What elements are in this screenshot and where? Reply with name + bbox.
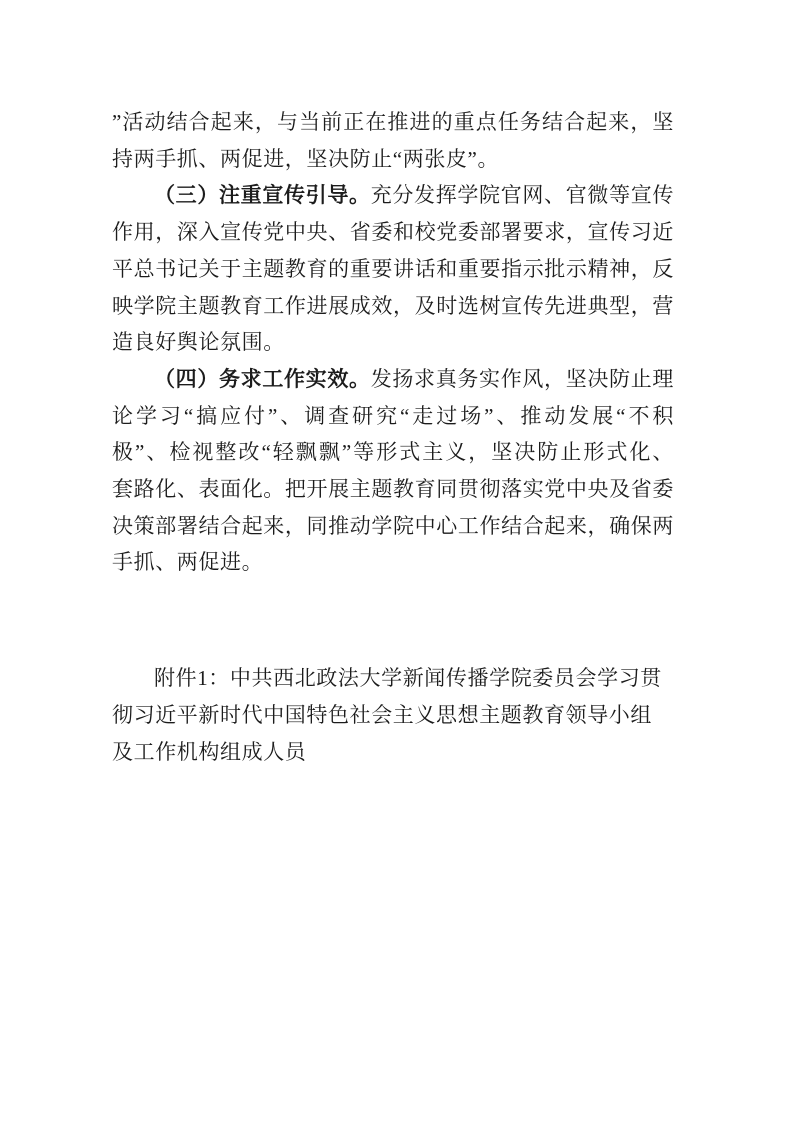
attachment-line: 彻习近平新时代中国特色社会主义思想主题教育领导小组 bbox=[112, 697, 674, 734]
text-line: （四）务求工作实效。发扬求真务实作风，坚决防止理 bbox=[112, 361, 674, 398]
section-three-heading: （三）注重宣传引导。 bbox=[154, 183, 371, 207]
text-line: 造良好舆论氛围。 bbox=[112, 324, 674, 361]
document-body: ”活动结合起来，与当前正在推进的重点任务结合起来，坚 持两手抓、两促进，坚决防止… bbox=[112, 104, 674, 770]
attachment-line: 附件1：中共西北政法大学新闻传播学院委员会学习贯 bbox=[112, 660, 674, 697]
text-line: 套路化、表面化。把开展主题教育同贯彻落实党中央及省委 bbox=[112, 471, 674, 508]
document-page: ”活动结合起来，与当前正在推进的重点任务结合起来，坚 持两手抓、两促进，坚决防止… bbox=[0, 0, 793, 1122]
section-four-heading: （四）务求工作实效。 bbox=[154, 367, 371, 391]
paragraph-continuation: ”活动结合起来，与当前正在推进的重点任务结合起来，坚 持两手抓、两促进，坚决防止… bbox=[112, 104, 674, 177]
text-line: 论学习“搞应付”、调查研究“走过场”、推动发展“不积 bbox=[112, 398, 674, 435]
text-line: ”活动结合起来，与当前正在推进的重点任务结合起来，坚 bbox=[112, 104, 674, 141]
paragraph-section-three: （三）注重宣传引导。充分发挥学院官网、官微等宣传 作用，深入宣传党中央、省委和校… bbox=[112, 177, 674, 361]
paragraph-section-four: （四）务求工作实效。发扬求真务实作风，坚决防止理 论学习“搞应付”、调查研究“走… bbox=[112, 361, 674, 581]
section-four-text: 发扬求真务实作风，坚决防止理 bbox=[371, 367, 674, 391]
attachment-line: 及工作机构组成人员 bbox=[112, 734, 674, 771]
text-line: 平总书记关于主题教育的重要讲话和重要指示批示精神，反 bbox=[112, 251, 674, 288]
text-line: 决策部署结合起来，同推动学院中心工作结合起来，确保两 bbox=[112, 508, 674, 545]
attachment-note: 附件1：中共西北政法大学新闻传播学院委员会学习贯 彻习近平新时代中国特色社会主义… bbox=[112, 660, 674, 770]
text-line: 作用，深入宣传党中央、省委和校党委部署要求，宣传习近 bbox=[112, 214, 674, 251]
text-line: 极”、检视整改“轻飘飘”等形式主义，坚决防止形式化、 bbox=[112, 434, 674, 471]
text-line: 持两手抓、两促进，坚决防止“两张皮”。 bbox=[112, 141, 674, 178]
text-line: （三）注重宣传引导。充分发挥学院官网、官微等宣传 bbox=[112, 177, 674, 214]
section-three-text: 充分发挥学院官网、官微等宣传 bbox=[371, 183, 674, 207]
text-line: 手抓、两促进。 bbox=[112, 544, 674, 581]
text-line: 映学院主题教育工作进展成效，及时选树宣传先进典型，营 bbox=[112, 288, 674, 325]
